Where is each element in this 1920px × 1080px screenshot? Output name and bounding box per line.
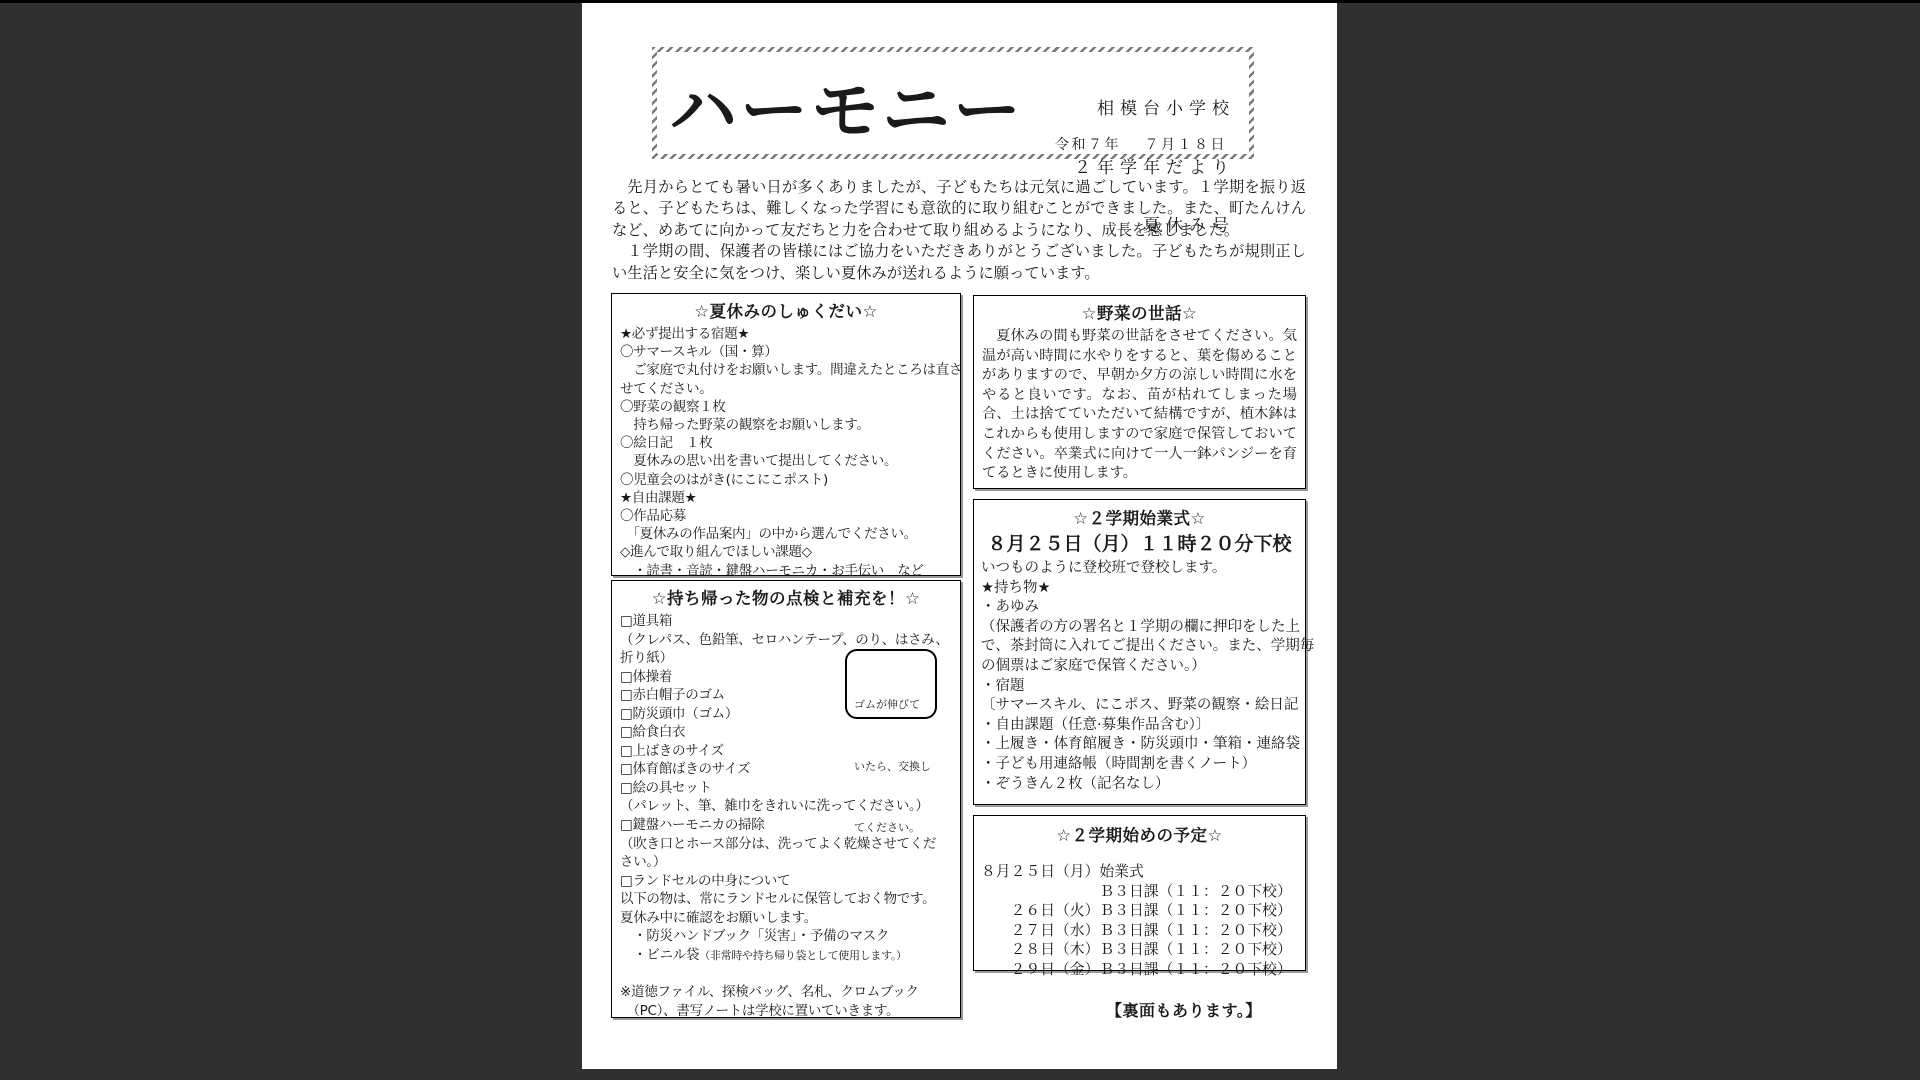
text-line: ・子ども用連絡帳（時間割を書くノート）	[981, 755, 1298, 775]
text-line: （保護者の方の署名と１学期の欄に押印をした上	[981, 618, 1298, 638]
vinyl-bag-note: （非常時や持ち帰り袋として使用します。）	[699, 949, 907, 962]
text-line: ・ぞうきん２枚（記名なし）	[981, 775, 1298, 795]
masthead: ハーモニー 相模台小学校 ２年学年だより 夏休み号 令和７年 ７月１８日	[652, 47, 1254, 159]
vegetable-box-heading: ☆野菜の世話☆	[982, 300, 1297, 324]
callout-line: てください。	[854, 818, 928, 839]
callout-line: いたら、交換し	[854, 757, 928, 778]
newsletter-name: ２年学年だより	[1074, 159, 1235, 179]
text-line: ※道徳ファイル、探検バッグ、名札、クロムブック	[620, 983, 952, 1002]
text-line: □道具箱	[620, 612, 952, 631]
bring-back-check-box: ☆持ち帰った物の点検と補充を！☆ □道具箱 （クレパス、色鉛筆、セロハンテープ、…	[611, 580, 961, 1018]
intro-paragraph-2: １学期の間、保護者の皆様にはご協力をいただきありがとうございました。子どもたちが…	[612, 241, 1306, 284]
school-name: 相模台小学校	[1074, 100, 1235, 120]
text-line: ・宿題	[981, 677, 1298, 697]
text-line: 〇作品応募	[620, 507, 952, 525]
text-line: の個票はご家庭で保管ください。）	[981, 657, 1298, 677]
schedule-line: Ｂ３日課（１１：２０下校）	[981, 882, 1298, 902]
schedule-line: ２７日（水）Ｂ３日課（１１：２０下校）	[981, 921, 1298, 941]
text-line: 持ち帰った野菜の観察をお願いします。	[620, 416, 952, 434]
ceremony-box-heading: ☆２学期始業式☆	[981, 505, 1298, 529]
text-line: 夏休みの思い出を書いて提出してください。	[620, 452, 952, 470]
text-line: せてください。	[620, 380, 952, 398]
schedule-box-heading: ☆２学期始めの予定☆	[981, 822, 1298, 846]
text-line: 〇野菜の観察１枚	[620, 398, 952, 416]
text-line: ・ビニル袋（非常時や持ち帰り袋として使用します。）	[620, 946, 952, 966]
schedule-line: ８月２５日（月）始業式	[981, 862, 1298, 882]
elastic-replace-callout: ゴムが伸びて いたら、交換し てください。	[845, 649, 937, 719]
ceremony-box-subheading: ８月２５日（月）１１時２０分下校	[981, 529, 1298, 556]
text-line: （PC）、書写ノートは学校に置いていきます。	[620, 1002, 952, 1021]
text-line: ◇進んで取り組んでほしい課題◇	[620, 543, 952, 561]
text-line: ・自由課題（任意·募集作品含む）〕	[981, 716, 1298, 736]
issue-date: 令和７年 ７月１８日	[1055, 134, 1227, 154]
text-line: 〇絵日記 １枚	[620, 434, 952, 452]
homework-box: ☆夏休みのしゅくだい☆ ★必ず提出する宿題★ 〇サマースキル（国・算） ご家庭で…	[611, 293, 961, 576]
text-line: 〇児童会のはがき(にこにこポスト)	[620, 471, 952, 489]
vinyl-bag-item: ・ビニル袋	[620, 947, 699, 963]
homework-box-heading: ☆夏休みのしゅくだい☆	[620, 298, 952, 322]
callout-line: ゴムが伸びて	[854, 695, 928, 716]
text-line: ★持ち物★	[981, 579, 1298, 599]
text-line: （クレパス、色鉛筆、セロハンテープ、のり、はさみ、	[620, 631, 952, 650]
intro-paragraph-1: 先月からとても暑い日が多くありましたが、子どもたちは元気に過ごしています。１学期…	[612, 177, 1306, 241]
text-line: いつものように登校班で登校します。	[981, 559, 1298, 579]
schedule-line: ２９日（金）Ｂ３日課（１１：２０下校）	[981, 960, 1298, 980]
text-line: ・上履き・体育館履き・防災頭巾・筆箱・連絡袋	[981, 735, 1298, 755]
text-line: ご家庭で丸付けをお願いします。間違えたところは直さ	[620, 361, 952, 379]
text-line: 「夏休みの作品案内」の中から選んでください。	[620, 525, 952, 543]
text-line: 〔サマースキル、にこポス、野菜の観察・絵日記	[981, 696, 1298, 716]
text-line: ・読書・音読・鍵盤ハーモニカ・お手伝い など	[620, 562, 952, 580]
text-line: ・あゆみ	[981, 598, 1298, 618]
vegetable-care-box: ☆野菜の世話☆ 夏休みの間も野菜の世話をさせてください。気温が高い時間に水やりを…	[973, 295, 1306, 489]
schedule-box: ☆２学期始めの予定☆ ８月２５日（月）始業式 Ｂ３日課（１１：２０下校） ２６日…	[973, 815, 1306, 971]
text-line: ・防災ハンドブック「災害」・予備のマスク	[620, 927, 952, 946]
text-line: 以下の物は、常にランドセルに保管しておく物です。	[620, 890, 952, 909]
check-box-heading: ☆持ち帰った物の点検と補充を！☆	[620, 585, 952, 609]
text-line: 夏休み中に確認をお願いします。	[620, 909, 952, 928]
vegetable-box-body: 夏休みの間も野菜の世話をさせてください。気温が高い時間に水やりをすると、葉を傷め…	[982, 327, 1297, 484]
text-line: ★必ず提出する宿題★	[620, 325, 952, 343]
newsletter-page: ハーモニー 相模台小学校 ２年学年だより 夏休み号 令和７年 ７月１８日 先月か…	[582, 3, 1337, 1069]
schedule-line: ２８日（木）Ｂ３日課（１１：２０下校）	[981, 940, 1298, 960]
newsletter-title: ハーモニー	[669, 78, 1024, 146]
intro-text: 先月からとても暑い日が多くありましたが、子どもたちは元気に過ごしています。１学期…	[612, 177, 1306, 284]
text-line: で、茶封筒に入れてご提出ください。また、学期毎	[981, 637, 1298, 657]
back-side-note: 【裏面もあります。】	[1106, 998, 1262, 1021]
text-line: ★自由課題★	[620, 489, 952, 507]
text-line: 〇サマースキル（国・算）	[620, 343, 952, 361]
opening-ceremony-box: ☆２学期始業式☆ ８月２５日（月）１１時２０分下校 いつものように登校班で登校し…	[973, 499, 1306, 805]
schedule-line: ２６日（火）Ｂ３日課（１１：２０下校）	[981, 901, 1298, 921]
